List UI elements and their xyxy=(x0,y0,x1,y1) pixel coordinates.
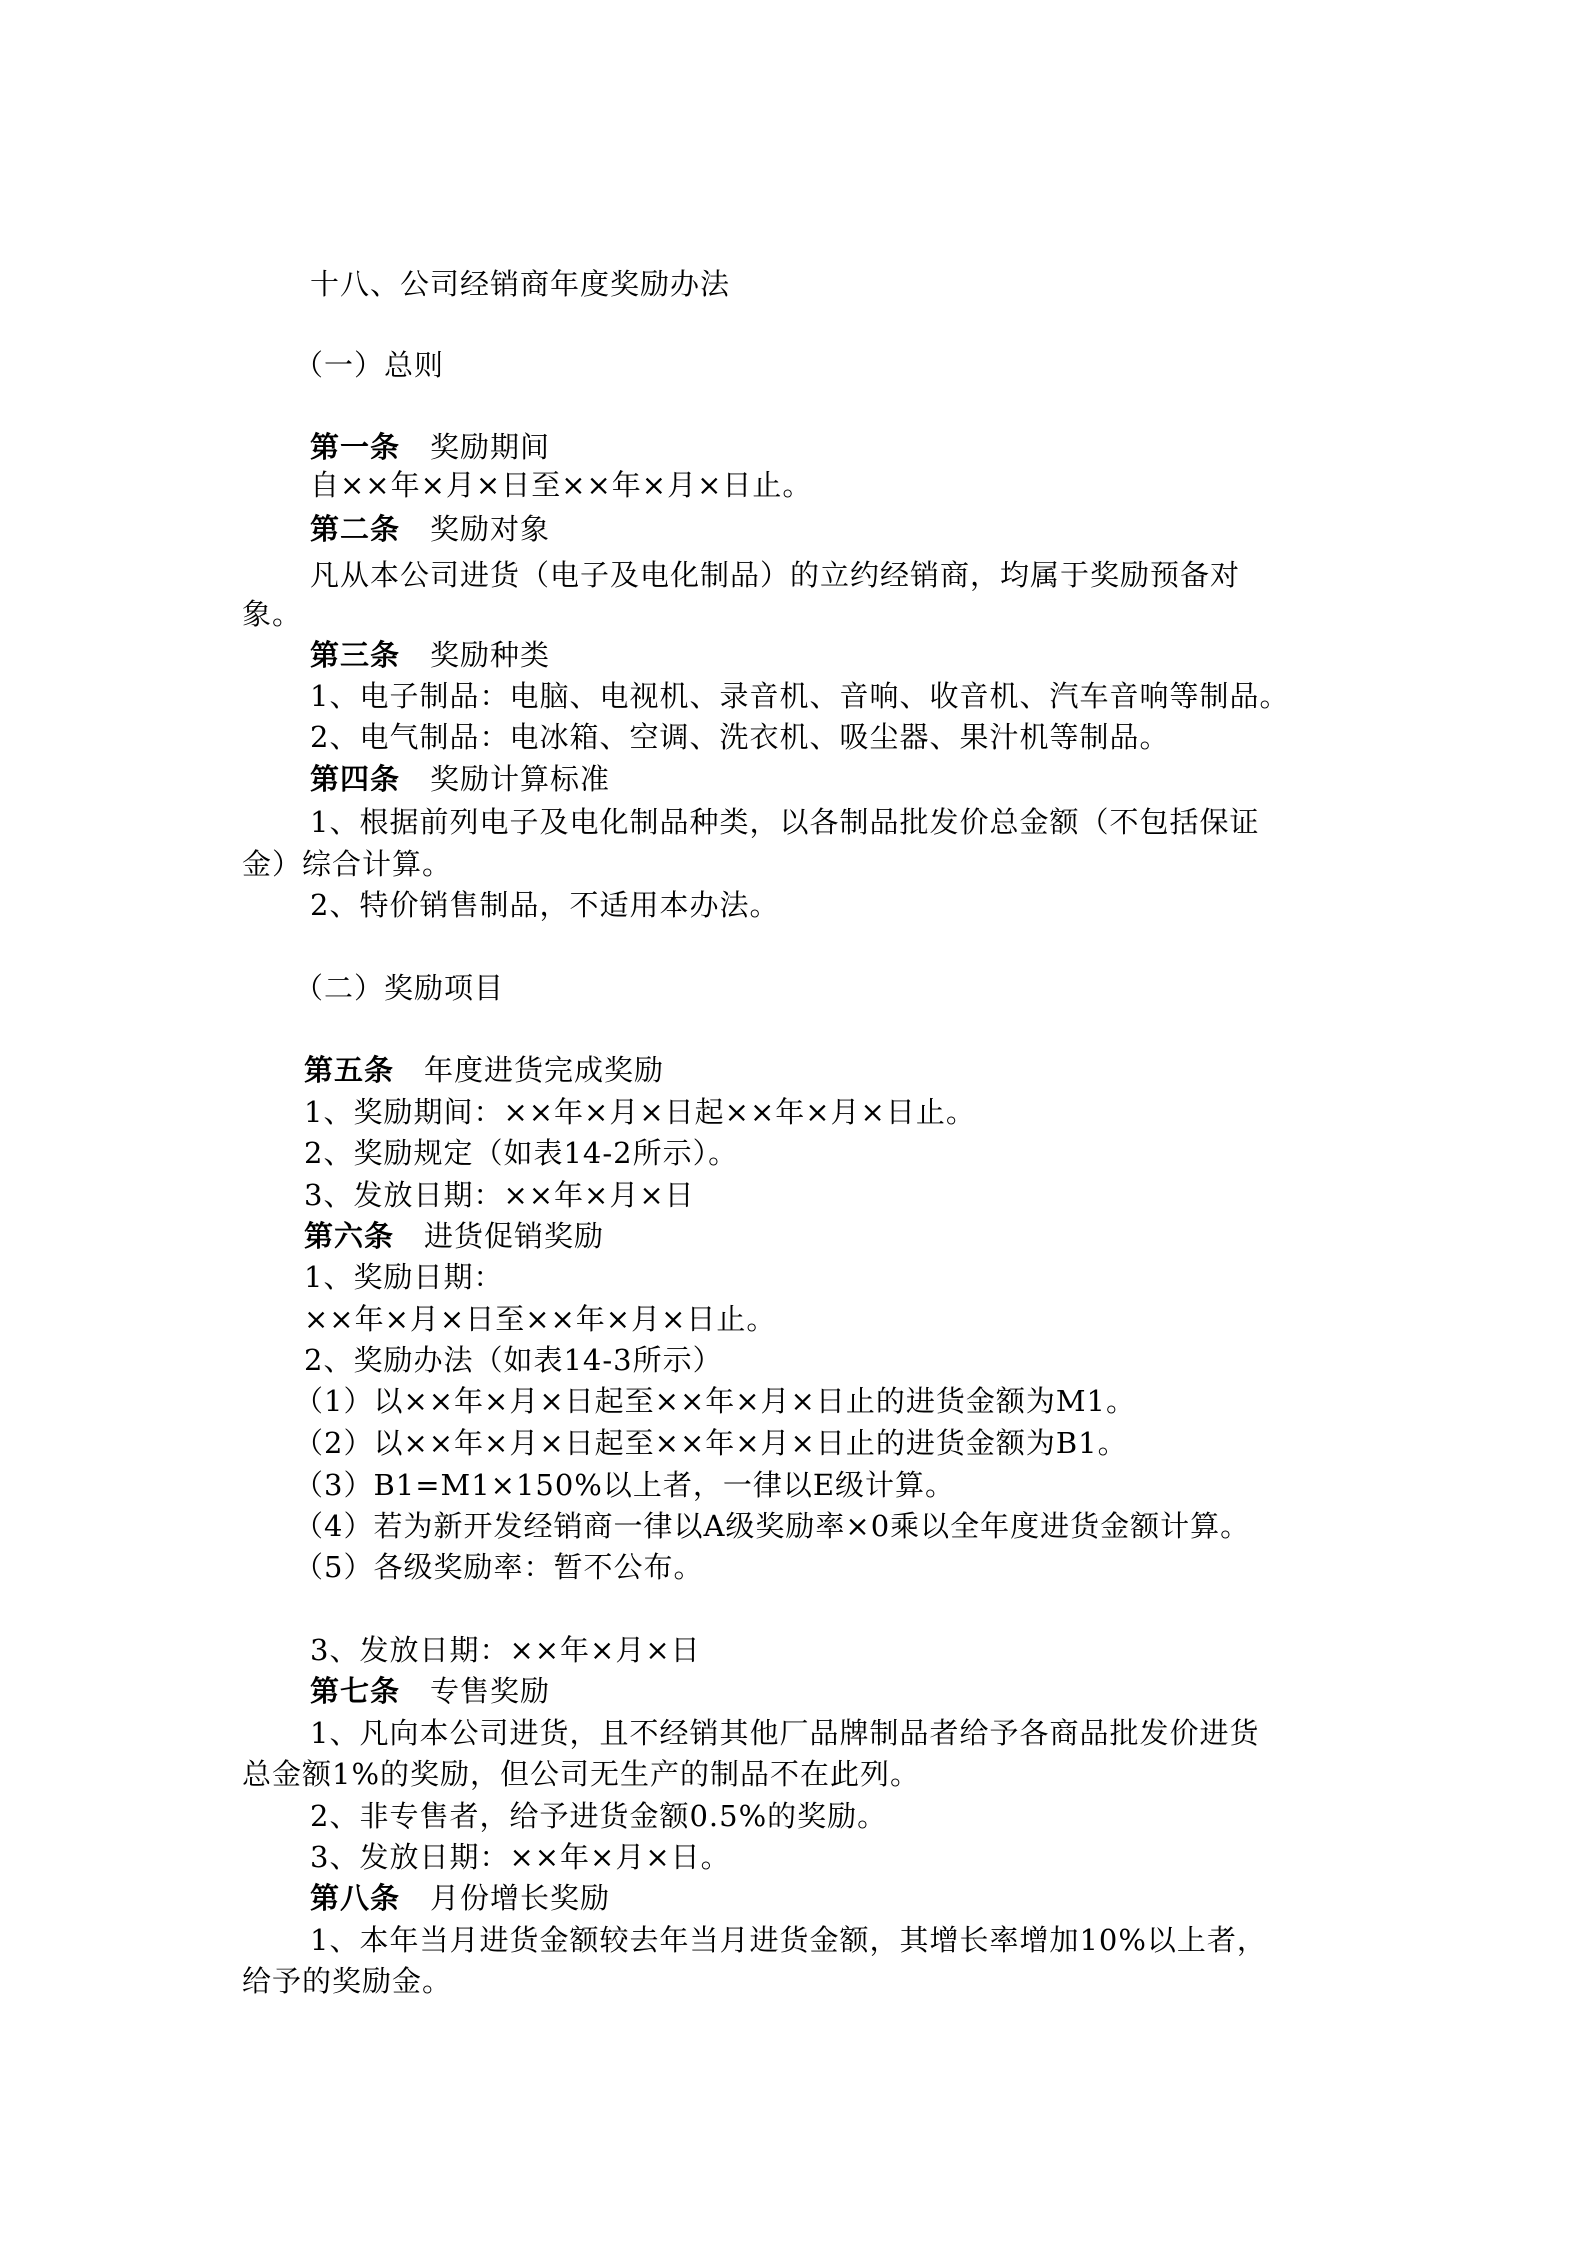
article-heading: 第三条奖励种类 xyxy=(242,636,550,674)
paragraph-continuation: 象。 xyxy=(242,595,302,633)
article-number: 第五条 xyxy=(304,1053,394,1087)
paragraph-continuation: 金）综合计算。 xyxy=(242,845,452,883)
article-heading: 第二条奖励对象 xyxy=(242,510,550,548)
article-title: 进货促销奖励 xyxy=(424,1219,604,1253)
list-item: （3）B1=M1×150%以上者，一律以E级计算。 xyxy=(294,1466,955,1504)
paragraph-line: 1、奖励日期： xyxy=(304,1258,503,1296)
section-heading: （二）奖励项目 xyxy=(242,969,504,1007)
article-heading: 第六条进货促销奖励 xyxy=(304,1217,604,1255)
article-title: 奖励对象 xyxy=(430,512,550,546)
article-title: 专售奖励 xyxy=(430,1674,550,1708)
paragraph-line: 1、凡向本公司进货，且不经销其他厂品牌制品者给予各商品批发价进货 xyxy=(242,1714,1259,1752)
article-title: 年度进货完成奖励 xyxy=(424,1053,664,1087)
article-number: 第二条 xyxy=(310,512,400,546)
article-heading: 第一条奖励期间 xyxy=(242,428,550,466)
paragraph-line: ××年×月×日至××年×月×日止。 xyxy=(304,1300,776,1338)
paragraph-line: 3、发放日期：××年×月×日 xyxy=(242,1631,701,1669)
article-title: 月份增长奖励 xyxy=(430,1881,610,1915)
paragraph-line: 2、非专售者，给予进货金额0.5%的奖励。 xyxy=(242,1797,887,1835)
article-number: 第一条 xyxy=(310,430,400,464)
section-heading: （一）总则 xyxy=(242,346,444,384)
article-title: 奖励种类 xyxy=(430,638,550,672)
paragraph-line: 2、特价销售制品，不适用本办法。 xyxy=(242,886,779,924)
list-item: （5）各级奖励率：暂不公布。 xyxy=(294,1548,703,1586)
paragraph-line: 1、本年当月进货金额较去年当月进货金额，其增长率增加10%以上者， xyxy=(242,1921,1267,1959)
paragraph-continuation: 给予的奖励金。 xyxy=(242,1962,452,2000)
article-heading: 第五条年度进货完成奖励 xyxy=(304,1051,664,1089)
article-number: 第六条 xyxy=(304,1219,394,1253)
article-title: 奖励计算标准 xyxy=(430,762,610,796)
article-number: 第八条 xyxy=(310,1881,400,1915)
paragraph-continuation: 总金额1%的奖励，但公司无生产的制品不在此列。 xyxy=(242,1755,920,1793)
paragraph-line: 3、发放日期：××年×月×日 xyxy=(304,1176,695,1214)
list-item: （2）以××年×月×日起至××年×月×日止的进货金额为B1。 xyxy=(294,1424,1128,1462)
paragraph-line: 1、根据前列电子及电化制品种类，以各制品批发价总金额（不包括保证 xyxy=(242,803,1259,841)
article-heading: 第七条专售奖励 xyxy=(242,1672,550,1710)
paragraph-line: 2、奖励规定（如表14-2所示）。 xyxy=(304,1134,738,1172)
article-number: 第七条 xyxy=(310,1674,400,1708)
article-title: 奖励期间 xyxy=(430,430,550,464)
article-heading: 第八条月份增长奖励 xyxy=(242,1879,610,1917)
paragraph-line: 自××年×月×日至××年×月×日止。 xyxy=(242,466,812,504)
document-title: 十八、公司经销商年度奖励办法 xyxy=(242,265,730,303)
paragraph-line: 3、发放日期：××年×月×日。 xyxy=(242,1838,731,1876)
paragraph-line: 凡从本公司进货（电子及电化制品）的立约经销商，均属于奖励预备对 xyxy=(242,556,1240,594)
list-item: （4）若为新开发经销商一律以A级奖励率×0乘以全年度进货金额计算。 xyxy=(294,1507,1250,1545)
paragraph-line: 2、电气制品：电冰箱、空调、洗衣机、吸尘器、果汁机等制品。 xyxy=(242,718,1169,756)
article-number: 第三条 xyxy=(310,638,400,672)
list-item: （1）以××年×月×日起至××年×月×日止的进货金额为M1。 xyxy=(294,1382,1136,1420)
article-heading: 第四条奖励计算标准 xyxy=(242,760,610,798)
paragraph-line: 1、电子制品：电脑、电视机、录音机、音响、收音机、汽车音响等制品。 xyxy=(242,677,1289,715)
paragraph-line: 1、奖励期间：××年×月×日起××年×月×日止。 xyxy=(304,1093,976,1131)
article-number: 第四条 xyxy=(310,762,400,796)
paragraph-line: 2、奖励办法（如表14-3所示） xyxy=(304,1341,723,1379)
